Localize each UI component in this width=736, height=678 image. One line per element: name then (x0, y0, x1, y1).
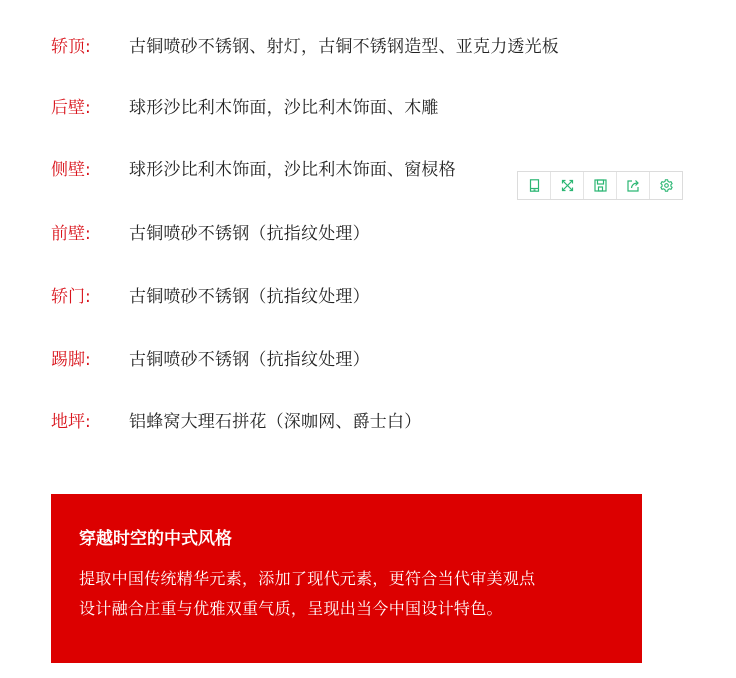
settings-button[interactable] (650, 172, 682, 199)
spec-row-floor: 地坪: 铝蜂窝大理石拼花（深咖网、爵士白） (51, 407, 421, 431)
spec-label: 轿门: (51, 282, 129, 307)
share-button[interactable] (617, 172, 650, 199)
floating-toolbar (517, 171, 683, 200)
fullscreen-icon (561, 179, 574, 192)
spec-value: 球形沙比利木饰面，沙比利木饰面、窗棂格 (129, 155, 456, 180)
style-promo-banner: 穿越时空的中式风格 提取中国传统精华元素，添加了现代元素，更符合当代审美观点 设… (51, 494, 642, 663)
spec-label: 侧壁: (51, 155, 129, 180)
spec-row-car-door: 轿门: 古铜喷砂不锈钢（抗指纹处理） (51, 282, 370, 306)
spec-value: 古铜喷砂不锈钢（抗指纹处理） (129, 282, 370, 307)
spec-label: 轿顶: (51, 32, 129, 57)
promo-text-line: 提取中国传统精华元素，添加了现代元素，更符合当代审美观点 (79, 566, 535, 589)
spec-value: 铝蜂窝大理石拼花（深咖网、爵士白） (129, 407, 421, 432)
spec-value: 球形沙比利木饰面，沙比利木饰面、木雕 (129, 93, 439, 118)
spec-row-back-wall: 后壁: 球形沙比利木饰面，沙比利木饰面、木雕 (51, 93, 439, 117)
save-icon (594, 179, 607, 192)
spec-label: 前壁: (51, 219, 129, 244)
spec-label: 后壁: (51, 93, 129, 118)
spec-row-side-wall: 侧壁: 球形沙比利木饰面，沙比利木饰面、窗棂格 (51, 155, 456, 179)
fullscreen-button[interactable] (551, 172, 584, 199)
spec-value: 古铜喷砂不锈钢、射灯，古铜不锈钢造型、亚克力透光板 (129, 32, 559, 57)
spec-label: 踢脚: (51, 345, 129, 370)
promo-title: 穿越时空的中式风格 (79, 524, 232, 549)
spec-label: 地坪: (51, 407, 129, 432)
spec-row-skirting: 踢脚: 古铜喷砂不锈钢（抗指纹处理） (51, 345, 370, 369)
share-icon (627, 179, 640, 192)
spec-value: 古铜喷砂不锈钢（抗指纹处理） (129, 219, 370, 244)
settings-icon (660, 179, 673, 192)
tablet-view-button[interactable] (518, 172, 551, 199)
save-button[interactable] (584, 172, 617, 199)
promo-text-line: 设计融合庄重与优雅双重气质，呈现出当今中国设计特色。 (79, 596, 503, 619)
tablet-icon (528, 179, 541, 192)
spec-row-front-wall: 前壁: 古铜喷砂不锈钢（抗指纹处理） (51, 219, 370, 243)
spec-value: 古铜喷砂不锈钢（抗指纹处理） (129, 345, 370, 370)
spec-row-ceiling: 轿顶: 古铜喷砂不锈钢、射灯，古铜不锈钢造型、亚克力透光板 (51, 32, 559, 56)
